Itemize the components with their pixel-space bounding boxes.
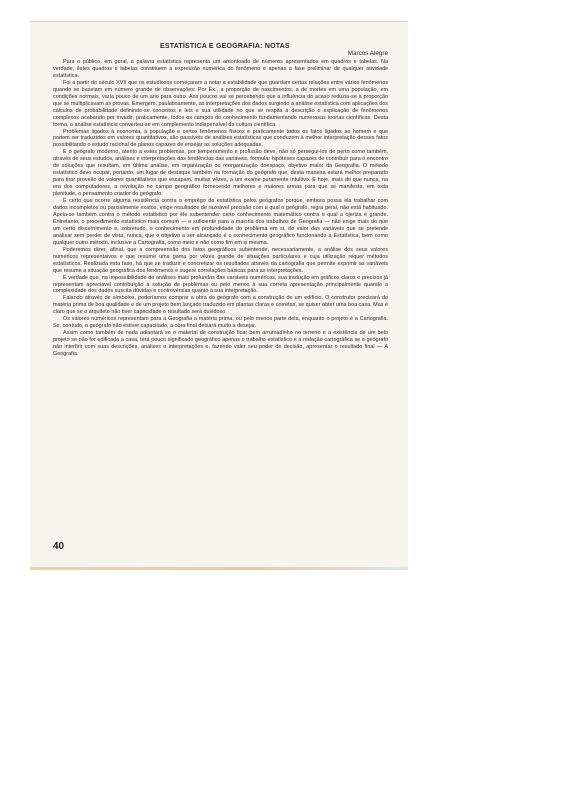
page-number: 40 <box>53 541 64 552</box>
paragraph: Foi a partir do século XVII que os estud… <box>53 80 388 129</box>
paragraph: Problemas ligados à economia, à populaçã… <box>53 129 388 150</box>
article-body: Para o público, em geral, a palavra esta… <box>53 59 388 358</box>
article-author: Marcos Alegre <box>348 50 388 57</box>
paragraph: E o geógrafo moderno, atento a estes pro… <box>53 149 388 198</box>
paragraph: Os valores numéricos representam para a … <box>53 316 388 330</box>
paragraph: É verdade que, na impossibilidade de aná… <box>53 275 388 296</box>
paragraph: Falando através de símbolos, poderíamos … <box>53 295 388 316</box>
article-title: ESTATÍSTICA E GEOGRAFIA: NOTAS <box>160 43 290 50</box>
paragraph: Para o público, em geral, a palavra esta… <box>53 59 388 80</box>
scanned-page: ESTATÍSTICA E GEOGRAFIA: NOTAS Marcos Al… <box>30 21 408 570</box>
paragraph: Poderemos dizer, afinal, que a compreens… <box>53 247 388 275</box>
paragraph: Assim como também de nada adiantará se o… <box>53 330 388 358</box>
paragraph: É certo que ocorre alguma resistência co… <box>53 198 388 247</box>
